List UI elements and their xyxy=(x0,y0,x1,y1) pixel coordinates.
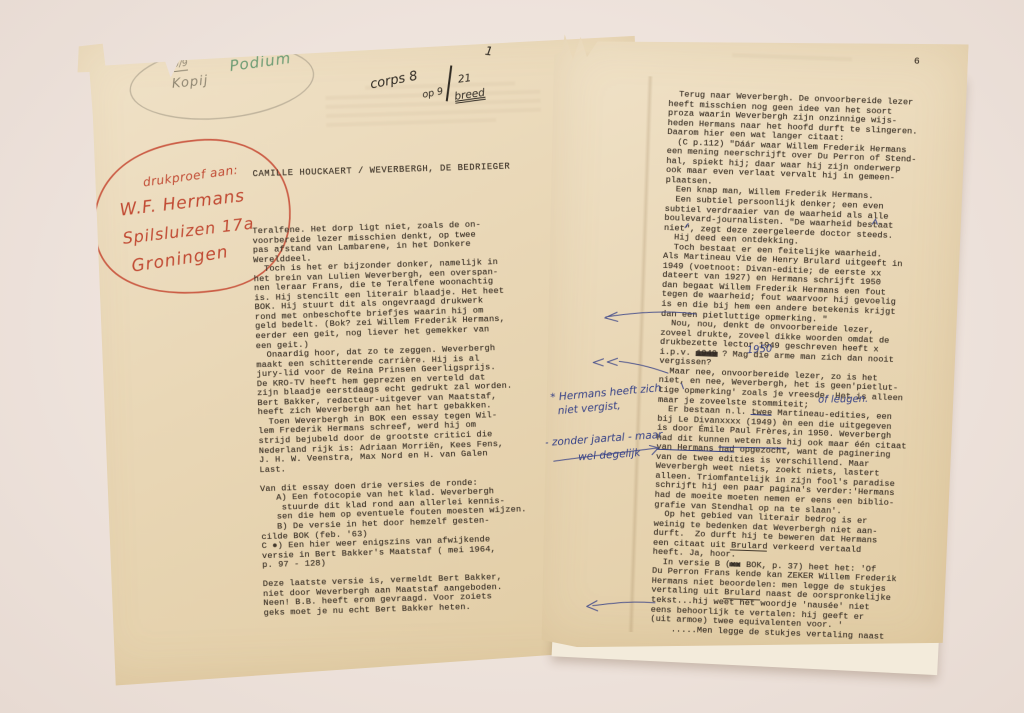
ink-arrow xyxy=(587,600,655,613)
width-value-note: 21 xyxy=(457,72,472,86)
inserted-comma-mark xyxy=(681,384,683,389)
insertion-tick-mark xyxy=(685,224,688,228)
margin-arrows xyxy=(531,29,970,661)
insertion-caret-mark xyxy=(872,219,877,224)
ink-arrow xyxy=(593,358,668,374)
ink-arrow xyxy=(554,442,659,465)
page-1-typed-text: Teralfene. Het dorp ligt niet, zoals de … xyxy=(252,219,529,618)
photo-backdrop: 9/9 Kopij Podium drukproef aan: W.F. Her… xyxy=(0,0,1024,713)
ink-arrow xyxy=(605,310,696,324)
manuscript-page-6: 6 Terug naar Weverbergh. De onvoorbereid… xyxy=(531,29,970,661)
